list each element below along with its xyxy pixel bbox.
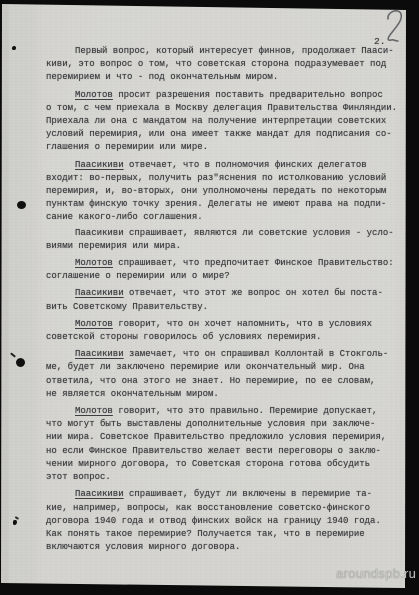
speaker-name: Молотов: [75, 406, 113, 416]
paragraph: Первый вопрос, который интересует финнов…: [46, 45, 406, 85]
paragraph: Паасикиви замечает, что он спрашивал Кол…: [46, 348, 406, 401]
paragraph: Паасикиви отвечает, что в полномочия фин…: [46, 159, 406, 225]
speaker-name: Паасикиви: [75, 489, 124, 499]
paragraph: Молотов спрашивает, что предпочитает Фин…: [46, 257, 406, 283]
paragraph-text: Паасикиви спрашивает, являются ли советс…: [46, 228, 394, 251]
site-watermark: aroundspb.ru: [336, 566, 416, 581]
speaker-name: Паасикиви: [75, 160, 124, 170]
paragraph-text: Первый вопрос, который интересует финнов…: [46, 46, 394, 82]
handwritten-page-number: [384, 7, 406, 50]
paragraph: Паасикиви отвечает, что этот же вопрос о…: [46, 287, 406, 313]
punch-hole-mark: [12, 46, 16, 50]
speaker-name: Молотов: [75, 258, 113, 268]
punch-hole-mark: [17, 201, 26, 209]
speaker-name: Молотов: [75, 90, 113, 100]
pencil-2-glyph: [384, 7, 406, 45]
punch-hole-mark: [13, 520, 17, 525]
paragraph: Молотов просит разрешения поставить пред…: [46, 89, 406, 155]
speaker-name: Молотов: [75, 319, 113, 329]
paragraph-text: говорит, что это правильно. Перемирие до…: [46, 406, 386, 482]
paragraph: Паасикиви спрашивает, являются ли советс…: [46, 227, 406, 253]
speaker-name: Паасикиви: [75, 288, 124, 298]
paragraph: Молотов говорит, что это правильно. Пере…: [46, 405, 406, 484]
paper-sheet: 2. Первый вопрос, который интересует фин…: [0, 0, 419, 595]
paragraph: Молотов говорит, что он хочет напомнить,…: [46, 318, 406, 344]
speaker-name: Паасикиви: [75, 349, 124, 359]
document-text: Первый вопрос, который интересует финнов…: [46, 45, 406, 554]
paragraph: Паасикиви спрашивает, будут ли включены …: [46, 488, 406, 554]
punch-hole-mark: [16, 358, 25, 367]
scanned-document-page: 2. Первый вопрос, который интересует фин…: [0, 0, 419, 595]
